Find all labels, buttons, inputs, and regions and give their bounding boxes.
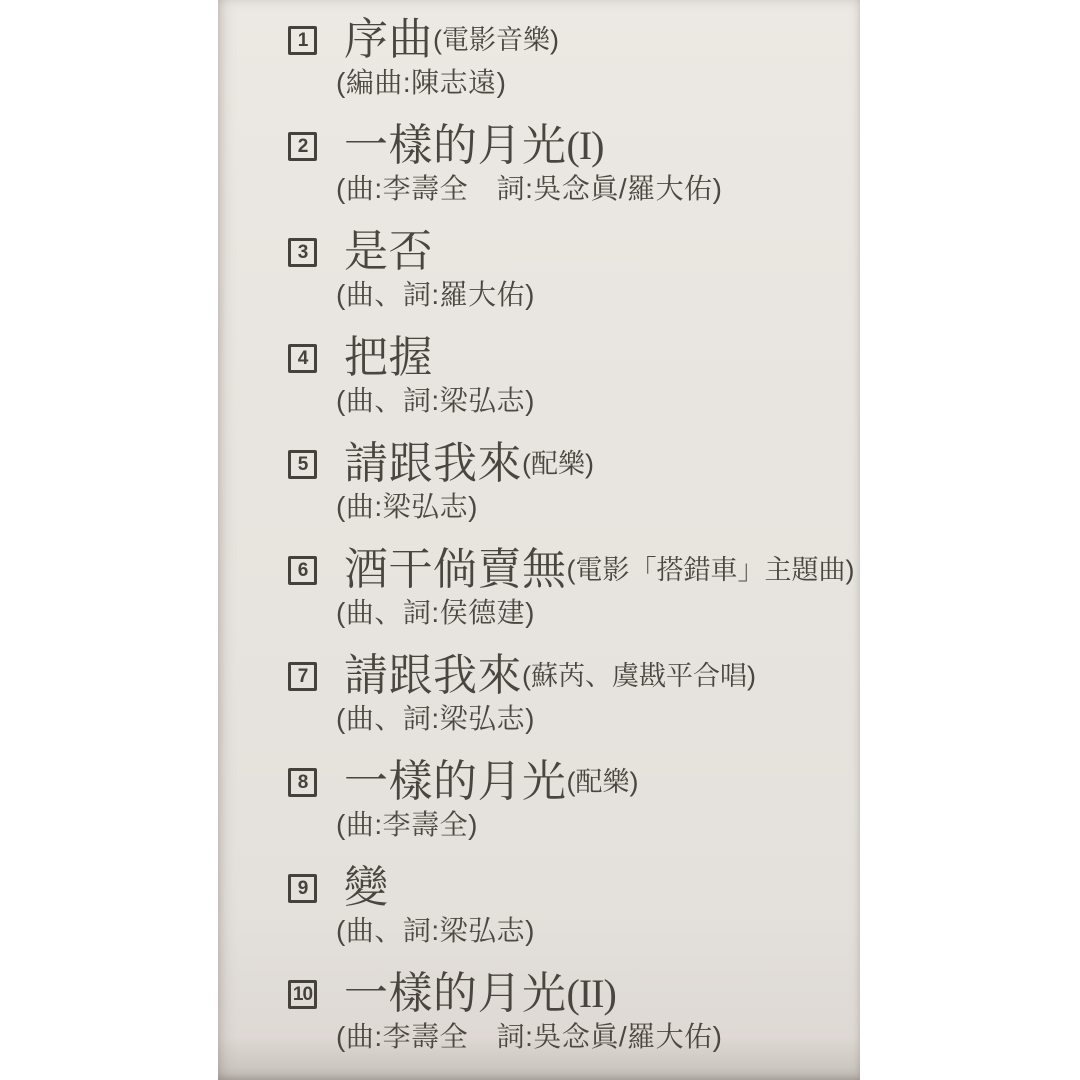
track-number-box: 2 <box>288 132 317 161</box>
track-credit-row: (曲:李壽全) <box>336 808 860 842</box>
track-title: 一樣的月光 <box>344 972 567 1016</box>
track-title-suffix: (配樂) <box>567 769 639 796</box>
track-row: 3 是否 (曲、詞:羅大佑) <box>288 226 860 312</box>
track-number: 9 <box>298 879 308 898</box>
track-title-row: 9 變 <box>288 862 860 914</box>
track-title: 是否 <box>344 230 433 274</box>
track-title: 請跟我來 <box>344 654 522 698</box>
track-title-row: 1 序曲 (電影音樂) <box>288 14 860 66</box>
track-number-box: 4 <box>288 344 317 373</box>
track-title-row: 10 一樣的月光 (II) <box>288 968 860 1020</box>
track-title: 請跟我來 <box>344 442 522 486</box>
track-number-box: 6 <box>288 556 317 585</box>
track-credit-row: (曲、詞:梁弘志) <box>336 914 860 948</box>
track-number-box: 1 <box>288 26 317 55</box>
track-credit: (編曲:陳志遠) <box>336 69 506 97</box>
track-number: 8 <box>298 773 308 792</box>
track-credit-row: (曲、詞:梁弘志) <box>336 702 860 736</box>
track-title-suffix: (電影「搭錯車」主題曲) <box>567 557 855 584</box>
track-credit-row: (編曲:陳志遠) <box>336 66 860 100</box>
track-number: 10 <box>293 985 312 1004</box>
track-credit-row: (曲:李壽全 詞:吳念眞/羅大佑) <box>336 1020 860 1054</box>
track-credit: (曲:李壽全) <box>336 811 478 839</box>
track-title-suffix: (蘇芮、虞戡平合唱) <box>522 663 756 690</box>
track-row: 7 請跟我來 (蘇芮、虞戡平合唱) (曲、詞:梁弘志) <box>288 650 860 736</box>
track-row: 2 一樣的月光 (I) (曲:李壽全 詞:吳念眞/羅大佑) <box>288 120 860 206</box>
track-number: 7 <box>298 667 308 686</box>
track-title-suffix: (配樂) <box>522 451 594 478</box>
track-credit-row: (曲:李壽全 詞:吳念眞/羅大佑) <box>336 172 860 206</box>
track-title-row: 4 把握 <box>288 332 860 384</box>
track-credit: (曲、詞:羅大佑) <box>336 281 535 309</box>
track-credit: (曲:李壽全 詞:吳念眞/羅大佑) <box>336 1023 723 1051</box>
track-title-roman: (I) <box>567 126 604 166</box>
track-title-suffix: (電影音樂) <box>433 27 559 54</box>
track-number-box: 10 <box>288 980 317 1009</box>
track-row: 9 變 (曲、詞:梁弘志) <box>288 862 860 948</box>
track-credit: (曲、詞:梁弘志) <box>336 917 535 945</box>
track-row: 8 一樣的月光 (配樂) (曲:李壽全) <box>288 756 860 842</box>
track-row: 4 把握 (曲、詞:梁弘志) <box>288 332 860 418</box>
tracklist: 1 序曲 (電影音樂) (編曲:陳志遠) 2 一樣的月光 (I) (曲:李壽全 … <box>218 0 860 1080</box>
track-row: 10 一樣的月光 (II) (曲:李壽全 詞:吳念眞/羅大佑) <box>288 968 860 1054</box>
track-row: 1 序曲 (電影音樂) (編曲:陳志遠) <box>288 14 860 100</box>
track-row: 5 請跟我來 (配樂) (曲:梁弘志) <box>288 438 860 524</box>
track-title-row: 5 請跟我來 (配樂) <box>288 438 860 490</box>
track-number: 2 <box>298 137 308 156</box>
track-credit-row: (曲、詞:侯德建) <box>336 596 860 630</box>
track-credit-row: (曲:梁弘志) <box>336 490 860 524</box>
track-title-row: 8 一樣的月光 (配樂) <box>288 756 860 808</box>
track-number: 5 <box>298 455 308 474</box>
track-credit-row: (曲、詞:羅大佑) <box>336 278 860 312</box>
track-number-box: 7 <box>288 662 317 691</box>
track-number: 4 <box>298 349 308 368</box>
track-credit: (曲、詞:侯德建) <box>336 599 535 627</box>
track-title: 一樣的月光 <box>344 760 567 804</box>
track-title: 把握 <box>344 336 433 380</box>
track-number-box: 3 <box>288 238 317 267</box>
track-number-box: 9 <box>288 874 317 903</box>
track-title-row: 3 是否 <box>288 226 860 278</box>
track-credit: (曲、詞:梁弘志) <box>336 387 535 415</box>
track-row: 6 酒干倘賣無 (電影「搭錯車」主題曲) (曲、詞:侯德建) <box>288 544 860 630</box>
track-credit-row: (曲、詞:梁弘志) <box>336 384 860 418</box>
tracklist-photo-paper: 1 序曲 (電影音樂) (編曲:陳志遠) 2 一樣的月光 (I) (曲:李壽全 … <box>218 0 860 1080</box>
track-title: 一樣的月光 <box>344 124 567 168</box>
track-number: 6 <box>298 561 308 580</box>
track-title-row: 6 酒干倘賣無 (電影「搭錯車」主題曲) <box>288 544 860 596</box>
track-title-roman: (II) <box>567 974 616 1014</box>
track-number: 3 <box>298 243 308 262</box>
track-number: 1 <box>298 31 308 50</box>
track-credit: (曲:梁弘志) <box>336 493 478 521</box>
track-credit: (曲、詞:梁弘志) <box>336 705 535 733</box>
track-title: 序曲 <box>344 18 433 62</box>
track-number-box: 5 <box>288 450 317 479</box>
track-number-box: 8 <box>288 768 317 797</box>
track-title: 酒干倘賣無 <box>344 548 567 592</box>
track-credit: (曲:李壽全 詞:吳念眞/羅大佑) <box>336 175 723 203</box>
track-title-row: 7 請跟我來 (蘇芮、虞戡平合唱) <box>288 650 860 702</box>
track-title-row: 2 一樣的月光 (I) <box>288 120 860 172</box>
track-title: 變 <box>344 866 389 910</box>
